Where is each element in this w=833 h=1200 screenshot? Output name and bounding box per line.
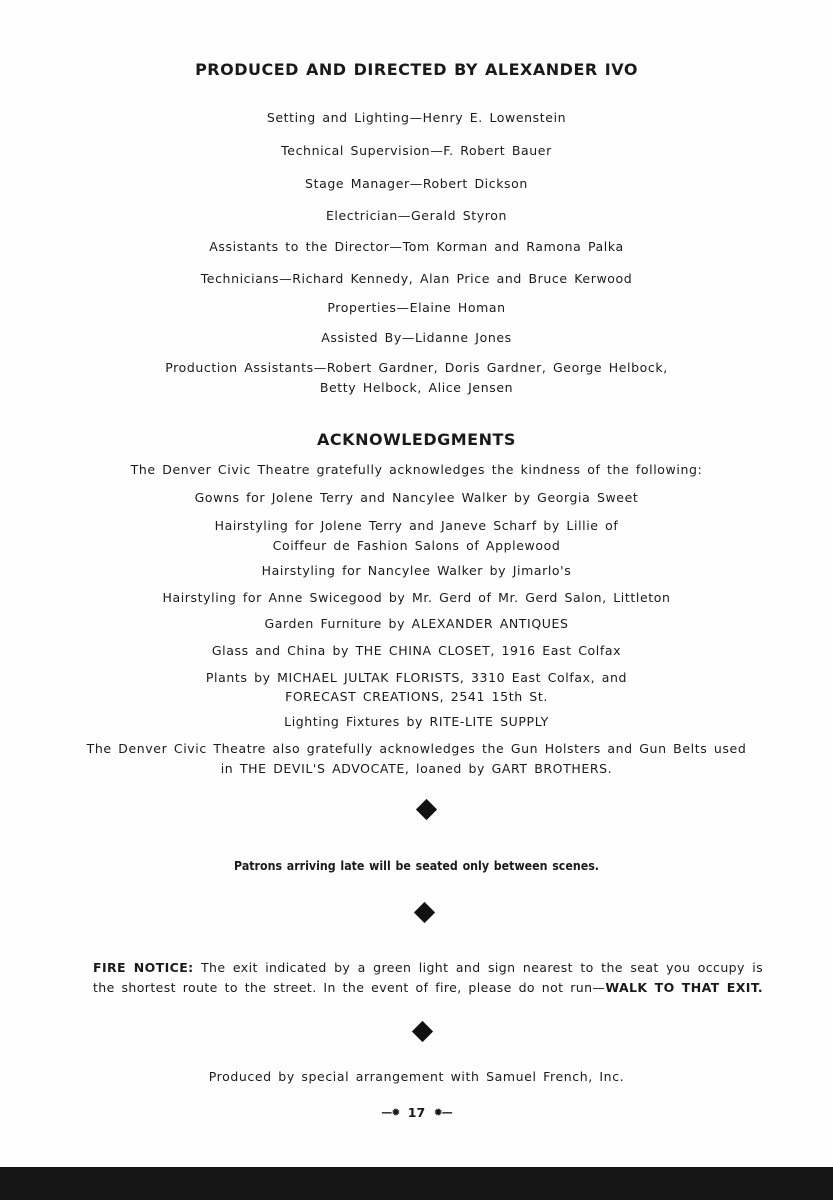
fire-notice: FIRE NOTICE: The exit indicated by a gre…: [93, 958, 763, 998]
production-heading: PRODUCED AND DIRECTED BY ALEXANDER IVO: [0, 62, 833, 78]
ack-plants-cont: FORECAST CREATIONS, 2541 15th St.: [0, 689, 833, 705]
diamond-icon: [416, 799, 437, 820]
ack-plants: Plants by MICHAEL JULTAK FLORISTS, 3310 …: [0, 670, 833, 686]
diamond-icon: [414, 902, 435, 923]
credit-assisted-by: Assisted By—Lidanne Jones: [0, 330, 833, 346]
arrangement-credit: Produced by special arrangement with Sam…: [0, 1069, 833, 1085]
left-ornament-icon: —✹: [381, 1105, 399, 1121]
credit-assistants-director: Assistants to the Director—Tom Korman an…: [0, 239, 833, 255]
acknowledgments-heading: ACKNOWLEDGMENTS: [0, 432, 833, 448]
late-patrons-notice: Patrons arriving late will be seated onl…: [33, 858, 799, 874]
ack-hairstyling-walker: Hairstyling for Nancylee Walker by Jimar…: [0, 563, 833, 579]
credit-properties: Properties—Elaine Homan: [0, 300, 833, 316]
credit-production-assistants: Production Assistants—Robert Gardner, Do…: [0, 360, 833, 376]
fire-notice-text-1: The exit indicated by a green light and …: [201, 960, 763, 975]
page-number-footer: —✹ 17 ✹—: [0, 1104, 833, 1121]
credit-electrician: Electrician—Gerald Styron: [0, 208, 833, 224]
ack-intro: The Denver Civic Theatre gratefully ackn…: [0, 462, 833, 478]
fire-notice-text-2: the shortest route to the street. In the…: [93, 980, 605, 995]
scan-bottom-edge: [0, 1167, 833, 1200]
credit-setting-lighting: Setting and Lighting—Henry E. Lowenstein: [0, 110, 833, 126]
ack-lighting-fixtures: Lighting Fixtures by RITE-LITE SUPPLY: [0, 714, 833, 730]
ack-gun-holsters: The Denver Civic Theatre also gratefully…: [0, 741, 833, 757]
ack-hairstyling-terry-scharf: Hairstyling for Jolene Terry and Janeve …: [0, 518, 833, 534]
right-ornament-icon: ✹—: [434, 1105, 452, 1121]
ack-glass-china: Glass and China by THE CHINA CLOSET, 191…: [0, 643, 833, 659]
fire-notice-label: FIRE NOTICE:: [93, 960, 194, 975]
ack-gun-holsters-cont: in THE DEVIL'S ADVOCATE, loaned by GART …: [0, 761, 833, 777]
fire-notice-line-1: FIRE NOTICE: The exit indicated by a gre…: [93, 958, 763, 978]
fire-notice-emphasis: WALK TO THAT EXIT.: [605, 980, 763, 995]
ack-garden-furniture: Garden Furniture by ALEXANDER ANTIQUES: [0, 616, 833, 632]
ack-gowns: Gowns for Jolene Terry and Nancylee Walk…: [0, 490, 833, 506]
page-number: 17: [408, 1105, 425, 1121]
program-page: PRODUCED AND DIRECTED BY ALEXANDER IVO S…: [0, 0, 833, 1167]
credit-production-assistants-cont: Betty Helbock, Alice Jensen: [0, 380, 833, 396]
diamond-icon: [412, 1021, 433, 1042]
ack-hairstyling-terry-scharf-cont: Coiffeur de Fashion Salons of Applewood: [0, 538, 833, 554]
fire-notice-line-2: the shortest route to the street. In the…: [93, 978, 763, 998]
credit-technical-supervision: Technical Supervision—F. Robert Bauer: [0, 143, 833, 159]
credit-stage-manager: Stage Manager—Robert Dickson: [0, 176, 833, 192]
credit-technicians: Technicians—Richard Kennedy, Alan Price …: [0, 271, 833, 287]
ack-hairstyling-swicegood: Hairstyling for Anne Swicegood by Mr. Ge…: [0, 590, 833, 606]
